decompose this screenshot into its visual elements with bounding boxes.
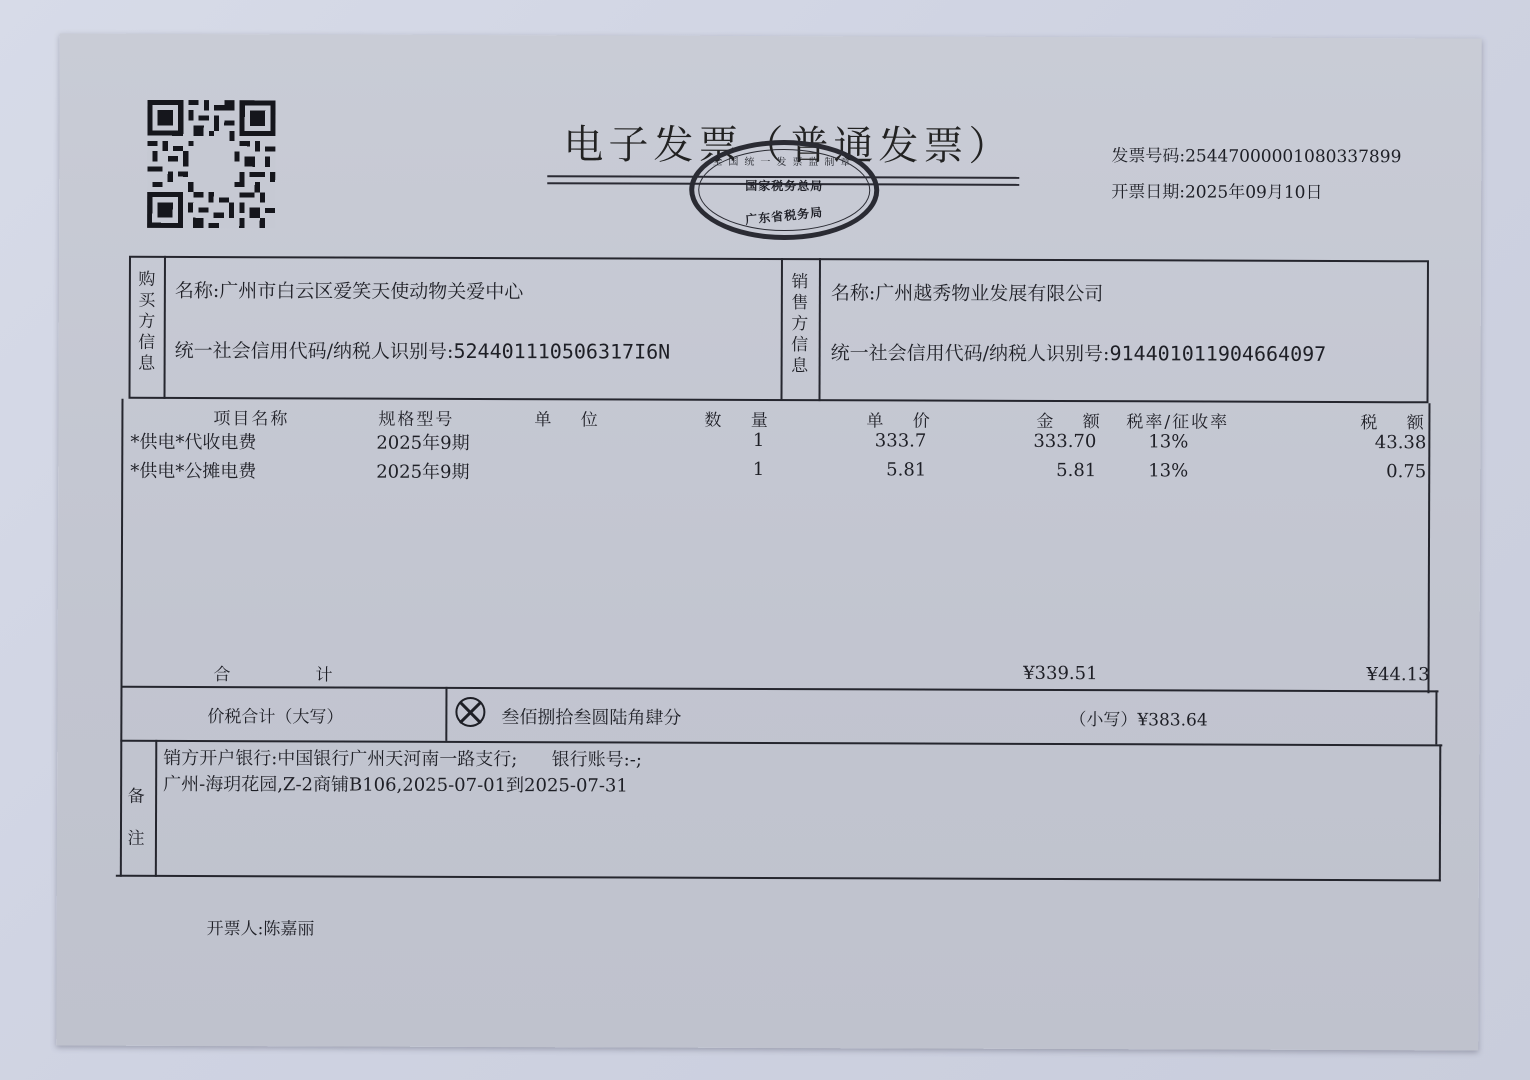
issuer-label: 开票人: xyxy=(207,919,264,939)
qr-code-icon xyxy=(147,100,275,228)
header-qty: 数 量 xyxy=(704,406,779,431)
item-spec: 2025年9期 xyxy=(376,429,516,455)
remarks-right-border xyxy=(1439,744,1441,881)
seller-tax-id-value: 91440101190466409​7 xyxy=(1109,341,1326,366)
buyer-tax-id: 统一社会信用代码/纳税人识别号:524401110506317I6N xyxy=(175,336,671,365)
divider xyxy=(155,740,157,877)
stamp-line1: 国家税务总局 xyxy=(694,177,874,195)
item-price: 5.81 xyxy=(818,459,926,480)
item-tax: 43.38 xyxy=(1308,432,1426,453)
remarks-label: 备注 xyxy=(126,776,146,860)
divider xyxy=(120,686,1438,693)
grand-total-lower: （小写）¥383.64 xyxy=(1069,705,1207,730)
item-spec: 2025年9期 xyxy=(376,458,516,484)
invoice-paper: 电子发票（普通发票） 全国统一发票监制章 国家税务总局 广东省税务局 发票号码:… xyxy=(56,34,1482,1051)
header-unit: 单 位 xyxy=(534,405,609,430)
grand-total-lower-label: （小写） xyxy=(1069,710,1137,730)
header-item-name: 项目名称 xyxy=(213,404,289,429)
total-tax: ¥44.13 xyxy=(1288,664,1430,685)
stamp-arc-text: 全国统一发票监制章 xyxy=(712,153,856,169)
seller-name: 名称:广州越秀物业发展有限公司 xyxy=(831,278,1104,306)
invoice-number-value: 25447000001080337899 xyxy=(1185,146,1401,167)
issue-date: 开票日期:2025年09月10日 xyxy=(1111,177,1322,203)
buyer-section-label: 购买方信息 xyxy=(137,270,157,375)
currency-circle-x-icon xyxy=(455,697,485,727)
item-price: 333.7 xyxy=(818,430,926,451)
buyer-name-label: 名称: xyxy=(175,280,219,302)
item-qty: 1 xyxy=(678,430,764,451)
invoice-number: 发票号码:25447000001080337899 xyxy=(1111,141,1401,167)
grand-total-upper-label: 价税合计（大写） xyxy=(207,702,343,727)
seller-name-value: 广州越秀物业发展有限公司 xyxy=(875,282,1103,305)
header-tax-rate: 税率/征收率 xyxy=(1126,407,1229,432)
grand-total-upper-value: 叁佰捌拾叁圆陆角肆分 xyxy=(501,703,681,730)
item-name: *供电*公摊电费 xyxy=(130,457,330,484)
tax-bureau-stamp: 全国统一发票监制章 国家税务总局 广东省税务局 xyxy=(689,140,879,241)
seller-name-label: 名称: xyxy=(831,282,875,304)
header-spec: 规格型号 xyxy=(378,405,454,430)
buyer-tax-id-label: 统一社会信用代码/纳税人识别号: xyxy=(175,340,454,363)
divider xyxy=(445,687,447,741)
invoice-number-label: 发票号码: xyxy=(1111,146,1185,166)
item-amount: 5.81 xyxy=(958,460,1096,481)
remarks-line1: 销方开户银行:中国银行广州天河南一路支行; 银行账号:-; xyxy=(163,744,642,772)
header-amount: 金 额 xyxy=(1036,407,1111,432)
divider xyxy=(116,875,1441,882)
issue-date-label: 开票日期: xyxy=(1111,182,1185,202)
seller-tax-id-label: 统一社会信用代码/纳税人识别号: xyxy=(831,342,1110,365)
buyer-tax-id-value: 524401110506317I6N xyxy=(453,339,670,364)
remarks-line2: 广州-海玥花园,Z-2商铺B106,2025-07-01到2025-07-31 xyxy=(163,770,628,798)
total-label: 合 计 xyxy=(213,660,332,685)
item-name: *供电*代收电费 xyxy=(130,428,330,455)
item-amount: 333.70 xyxy=(958,431,1096,452)
item-tax: 0.75 xyxy=(1308,461,1426,482)
header-price: 单 价 xyxy=(866,406,941,431)
issuer: 开票人:陈嘉丽 xyxy=(207,914,315,939)
item-qty: 1 xyxy=(678,459,764,480)
items-left-border xyxy=(120,399,124,877)
header-tax: 税 额 xyxy=(1360,408,1435,433)
issue-date-value: 2025年09月10日 xyxy=(1185,182,1323,202)
item-rate: 13% xyxy=(1148,460,1228,481)
item-rate: 13% xyxy=(1148,431,1228,452)
issuer-name: 陈嘉丽 xyxy=(263,919,314,939)
buyer-name: 名称:广州市白云区爱笑天使动物关爱中心 xyxy=(175,276,524,304)
remarks-label-text: 备注 xyxy=(127,787,144,849)
grand-total-right-border xyxy=(1435,690,1437,744)
total-amount: ¥339.51 xyxy=(958,663,1098,684)
items-table: *供电*代收电费2025年9期1333.7333.7013%43.38*供电*公… xyxy=(60,34,1482,39)
seller-section-label: 销售方信息 xyxy=(790,272,810,377)
items-right-border xyxy=(1427,403,1430,693)
buyer-name-value: 广州市白云区爱笑天使动物关爱中心 xyxy=(219,280,523,303)
grand-total-lower-value: ¥383.64 xyxy=(1137,710,1207,730)
seller-tax-id: 统一社会信用代码/纳税人识别号:91440101190466409​7 xyxy=(831,338,1327,367)
